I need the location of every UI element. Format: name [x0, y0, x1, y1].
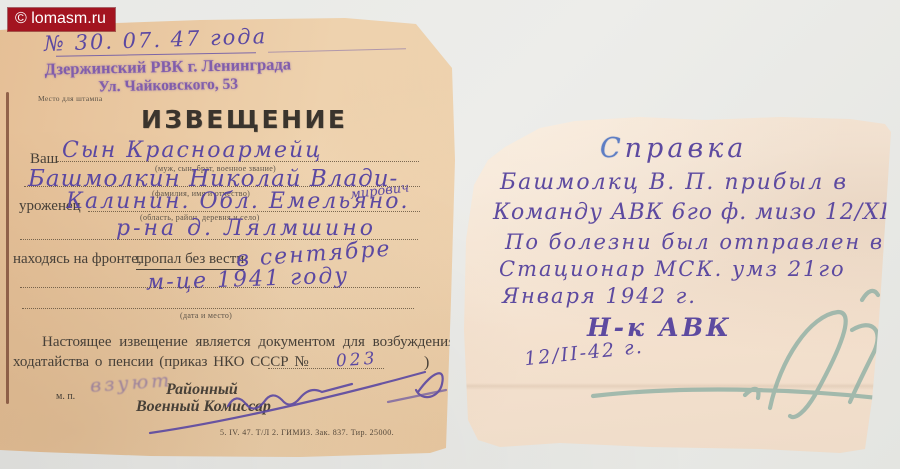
scanned-documents-photo: № 30. 07. 47 года Дзержинский РВК г. Лен… — [0, 0, 900, 469]
spravka-line-1: Башмолкц В. П. прибыл в — [500, 170, 848, 195]
notice-number-underline-2 — [268, 48, 406, 53]
military-office-stamp: Дзержинский РВК г. Ленинграда Ул. Чайков… — [22, 54, 315, 98]
commissar-signature — [130, 350, 450, 440]
ruled-line — [20, 287, 420, 288]
front-label: находясь на фронте, — [13, 251, 142, 268]
district-handwriting: р-на д. Лялмшино — [116, 216, 376, 241]
spravka-line-3: По болезни был отправлен в — [505, 230, 884, 254]
ruled-line — [22, 308, 414, 309]
watermark-badge: © lomasm.ru — [8, 8, 115, 31]
print-footer: 5. IV. 47. Т/Л 2. ГИМИЗ. Зак. 837. Тир. … — [220, 428, 394, 437]
stamp-place-caption: Место для штампа — [38, 94, 102, 103]
spravka-line-4: Стационар МСК. умз 21го — [499, 257, 846, 281]
spravka-line-2: Команду АВК 6го ф. мизо 12/XII-41г — [493, 200, 900, 225]
spravka-title-rest: правка — [625, 133, 748, 164]
ruled-line — [88, 211, 420, 212]
seal-place-label: м. п. — [56, 391, 75, 402]
spravka-title-initial: С — [600, 133, 625, 164]
spravka-title: Справка — [600, 133, 747, 164]
ruled-line — [24, 186, 420, 187]
body-text-line-1: Настоящее извещение является документом … — [42, 334, 455, 351]
paper-fold-edge — [6, 92, 9, 404]
ruled-line — [57, 161, 419, 162]
relation-handwriting: Сын Красноармейц — [62, 138, 323, 163]
pencil-signature — [560, 280, 900, 430]
date-place-caption: (дата и место) — [180, 311, 232, 320]
notice-title: ИЗВЕЩЕНИЕ — [141, 105, 347, 134]
